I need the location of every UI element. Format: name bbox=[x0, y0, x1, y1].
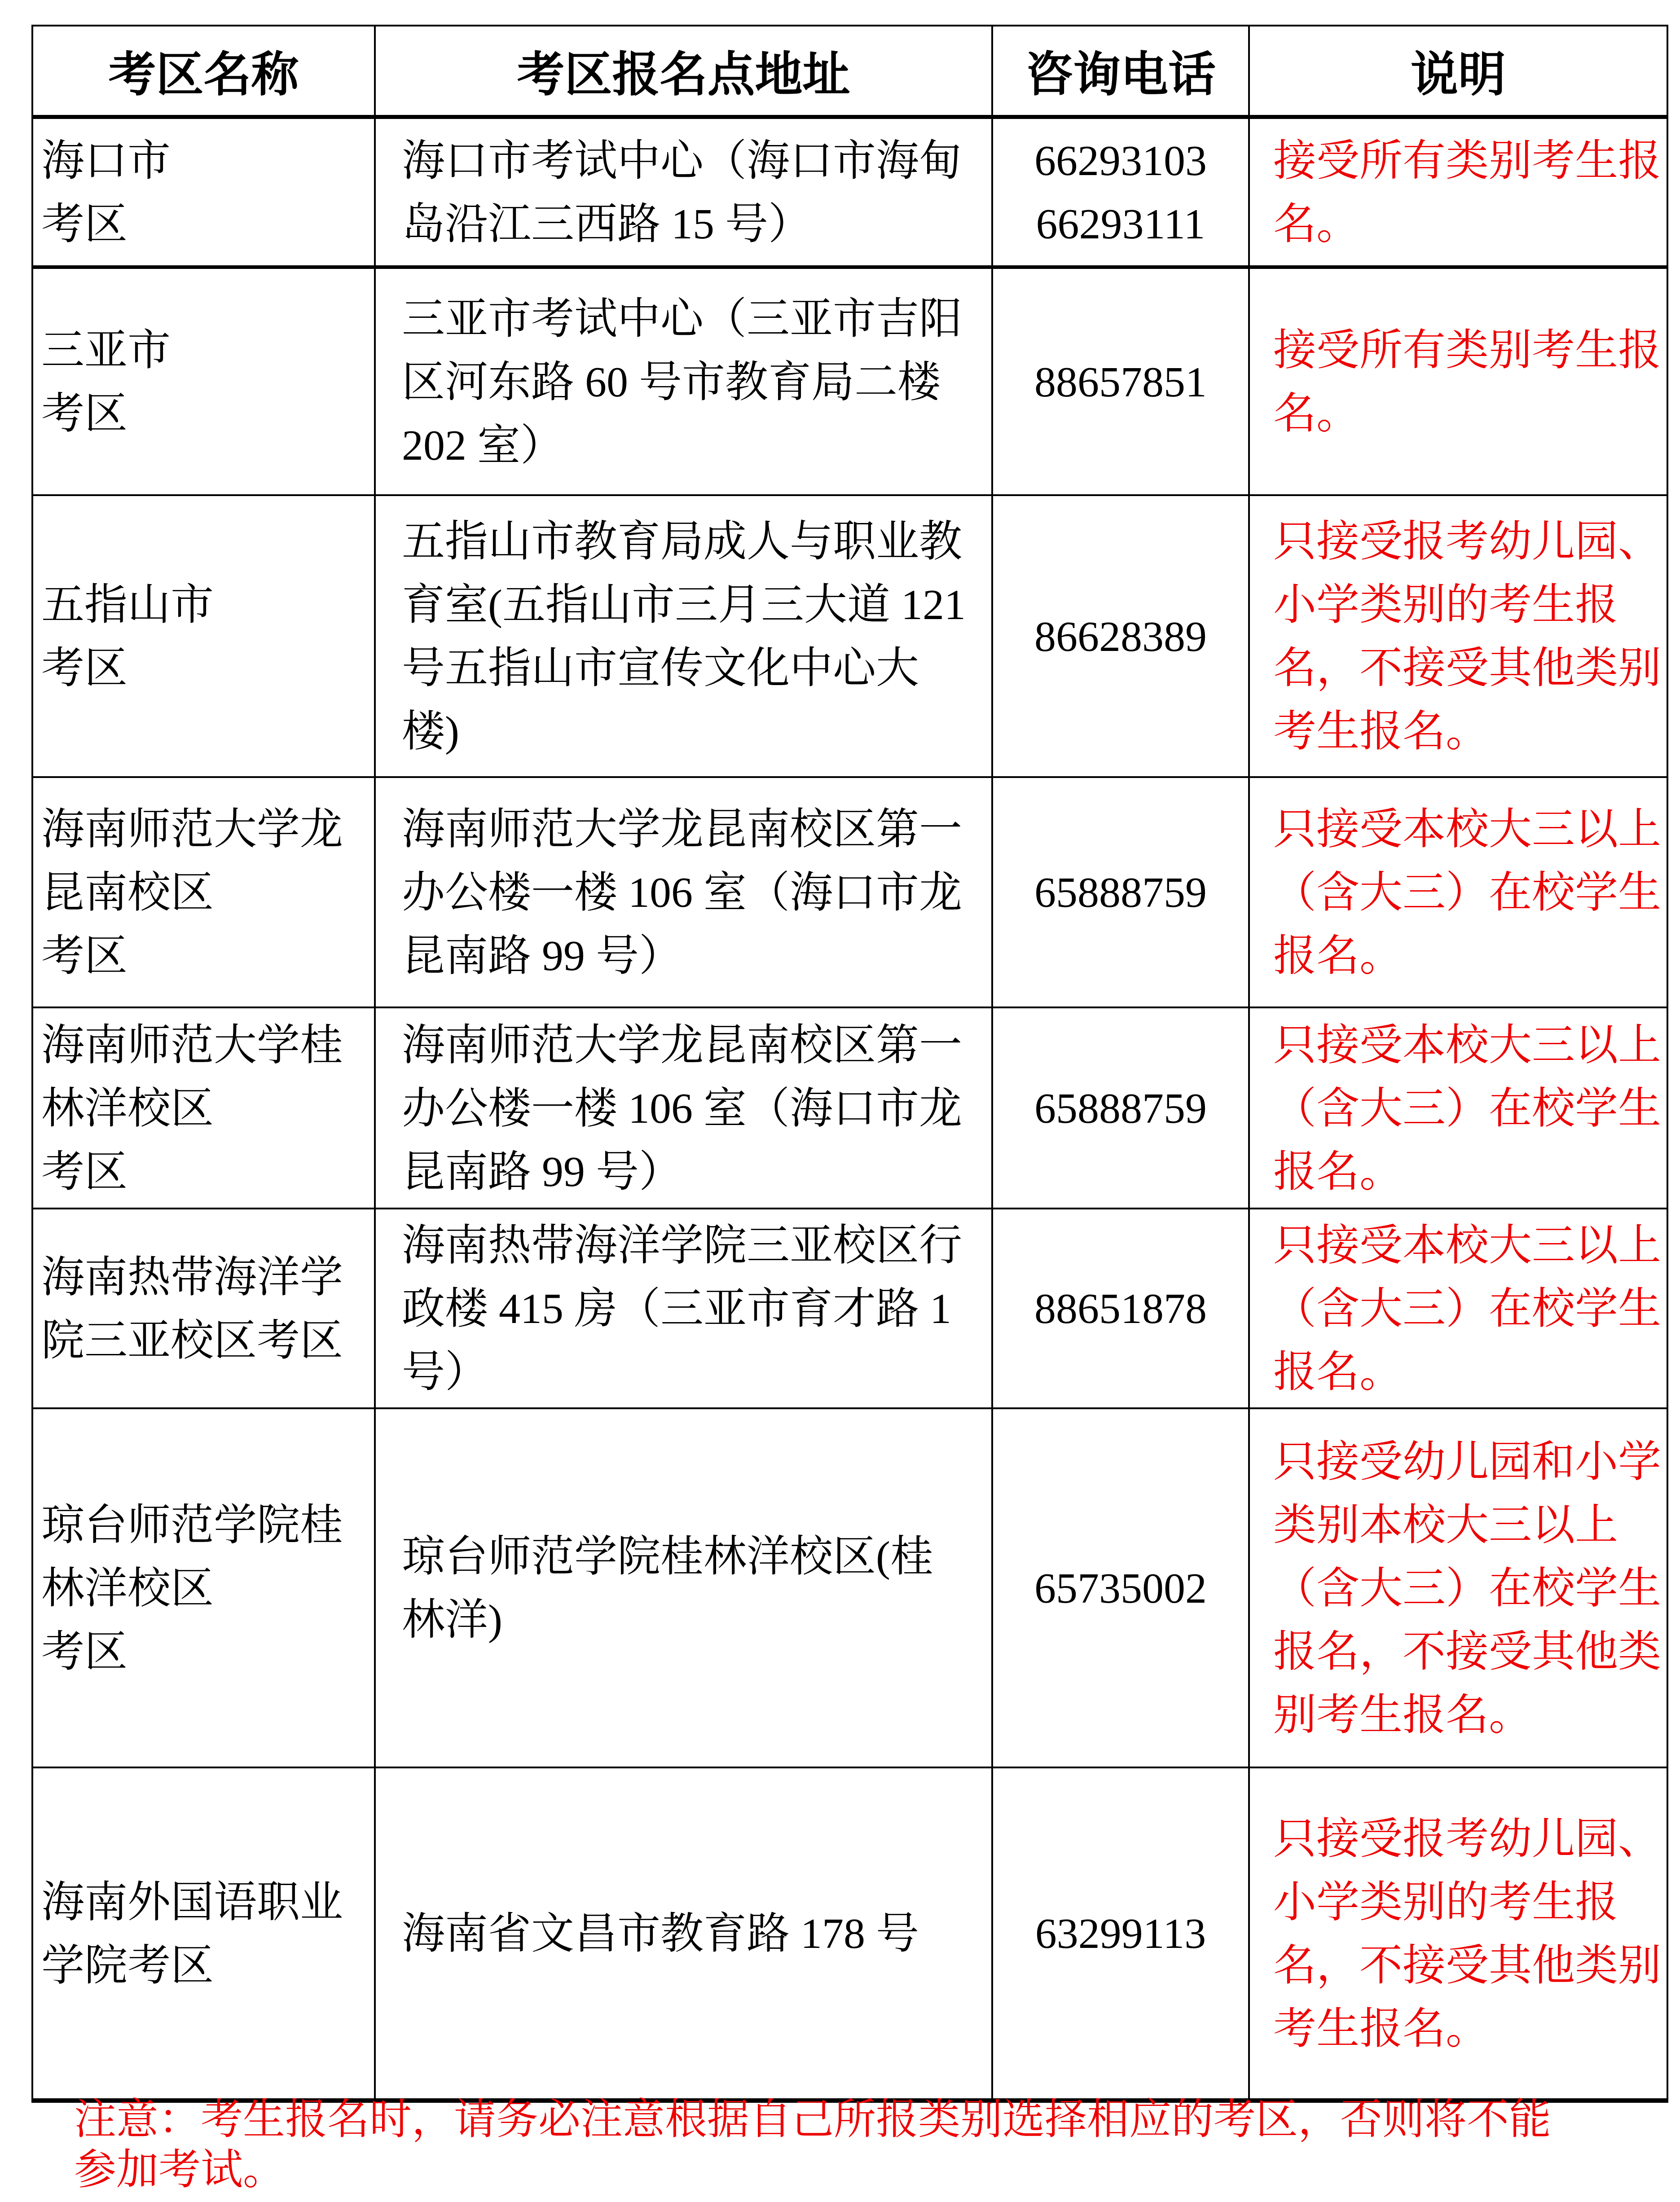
phone-cell: 66293103 66293111 bbox=[992, 117, 1249, 267]
phone-cell: 88657851 bbox=[992, 267, 1249, 495]
table-row: 海南师范大学桂 林洋校区 考区 海南师范大学龙昆南校区第一 办公楼一楼 106 … bbox=[32, 1007, 1667, 1209]
note-cell: 只接受报考幼儿园、 小学类别的考生报 名，不接受其他类别 考生报名。 bbox=[1249, 1767, 1667, 2101]
phone-cell: 86628389 bbox=[992, 495, 1249, 777]
document-page: 考区名称 考区报名点地址 咨询电话 说明 海口市 考区 海口市考试中心（海口市海… bbox=[0, 0, 1680, 2202]
header-exam-area-name: 考区名称 bbox=[32, 26, 375, 117]
footer-warning-note: 注意：考生报名时，请务必注意根据自己所报类别选择相应的考区，否则将不能 参加考试… bbox=[74, 2095, 1636, 2195]
note-cell: 只接受报考幼儿园、 小学类别的考生报 名，不接受其他类别 考生报名。 bbox=[1249, 495, 1667, 777]
note-cell: 接受所有类别考生报 名。 bbox=[1249, 117, 1667, 267]
phone-cell: 65735002 bbox=[992, 1408, 1249, 1767]
exam-areas-table: 考区名称 考区报名点地址 咨询电话 说明 海口市 考区 海口市考试中心（海口市海… bbox=[31, 25, 1668, 2103]
table-row: 五指山市 考区 五指山市教育局成人与职业教 育室(五指山市三月三大道 121 号… bbox=[32, 495, 1667, 777]
phone-cell: 63299113 bbox=[992, 1767, 1249, 2101]
header-notes: 说明 bbox=[1249, 26, 1667, 117]
exam-area-name-cell: 海南外国语职业 学院考区 bbox=[32, 1767, 375, 2101]
exam-area-name-cell: 琼台师范学院桂 林洋校区 考区 bbox=[32, 1408, 375, 1767]
note-cell: 只接受幼儿园和小学 类别本校大三以上 （含大三）在校学生 报名，不接受其他类 别… bbox=[1249, 1408, 1667, 1767]
phone-cell: 65888759 bbox=[992, 777, 1249, 1007]
table-row: 海口市 考区 海口市考试中心（海口市海甸 岛沿江三西路 15 号） 662931… bbox=[32, 117, 1667, 267]
table-header-row: 考区名称 考区报名点地址 咨询电话 说明 bbox=[32, 26, 1667, 117]
exam-area-name-cell: 海南热带海洋学 院三亚校区考区 bbox=[32, 1209, 375, 1408]
exam-area-name-cell: 海南师范大学桂 林洋校区 考区 bbox=[32, 1007, 375, 1209]
note-cell: 接受所有类别考生报 名。 bbox=[1249, 267, 1667, 495]
header-phone: 咨询电话 bbox=[992, 26, 1249, 117]
phone-cell: 65888759 bbox=[992, 1007, 1249, 1209]
note-cell: 只接受本校大三以上 （含大三）在校学生 报名。 bbox=[1249, 777, 1667, 1007]
exam-area-name-cell: 海南师范大学龙 昆南校区 考区 bbox=[32, 777, 375, 1007]
address-cell: 海南热带海洋学院三亚校区行 政楼 415 房（三亚市育才路 1 号） bbox=[375, 1209, 992, 1408]
note-cell: 只接受本校大三以上 （含大三）在校学生 报名。 bbox=[1249, 1007, 1667, 1209]
table-row: 海南外国语职业 学院考区 海南省文昌市教育路 178 号 63299113 只接… bbox=[32, 1767, 1667, 2101]
address-cell: 海口市考试中心（海口市海甸 岛沿江三西路 15 号） bbox=[375, 117, 992, 267]
exam-area-name-cell: 三亚市 考区 bbox=[32, 267, 375, 495]
address-cell: 海南师范大学龙昆南校区第一 办公楼一楼 106 室（海口市龙 昆南路 99 号） bbox=[375, 1007, 992, 1209]
address-cell: 琼台师范学院桂林洋校区(桂 林洋) bbox=[375, 1408, 992, 1767]
exam-area-name-cell: 五指山市 考区 bbox=[32, 495, 375, 777]
table-row: 海南热带海洋学 院三亚校区考区 海南热带海洋学院三亚校区行 政楼 415 房（三… bbox=[32, 1209, 1667, 1408]
table-row: 三亚市 考区 三亚市考试中心（三亚市吉阳 区河东路 60 号市教育局二楼 202… bbox=[32, 267, 1667, 495]
note-cell: 只接受本校大三以上 （含大三）在校学生 报名。 bbox=[1249, 1209, 1667, 1408]
address-cell: 三亚市考试中心（三亚市吉阳 区河东路 60 号市教育局二楼 202 室） bbox=[375, 267, 992, 495]
table-row: 琼台师范学院桂 林洋校区 考区 琼台师范学院桂林洋校区(桂 林洋) 657350… bbox=[32, 1408, 1667, 1767]
header-registration-address: 考区报名点地址 bbox=[375, 26, 992, 117]
exam-area-name-cell: 海口市 考区 bbox=[32, 117, 375, 267]
address-cell: 海南省文昌市教育路 178 号 bbox=[375, 1767, 992, 2101]
table-row: 海南师范大学龙 昆南校区 考区 海南师范大学龙昆南校区第一 办公楼一楼 106 … bbox=[32, 777, 1667, 1007]
address-cell: 海南师范大学龙昆南校区第一 办公楼一楼 106 室（海口市龙 昆南路 99 号） bbox=[375, 777, 992, 1007]
phone-cell: 88651878 bbox=[992, 1209, 1249, 1408]
address-cell: 五指山市教育局成人与职业教 育室(五指山市三月三大道 121 号五指山市宣传文化… bbox=[375, 495, 992, 777]
